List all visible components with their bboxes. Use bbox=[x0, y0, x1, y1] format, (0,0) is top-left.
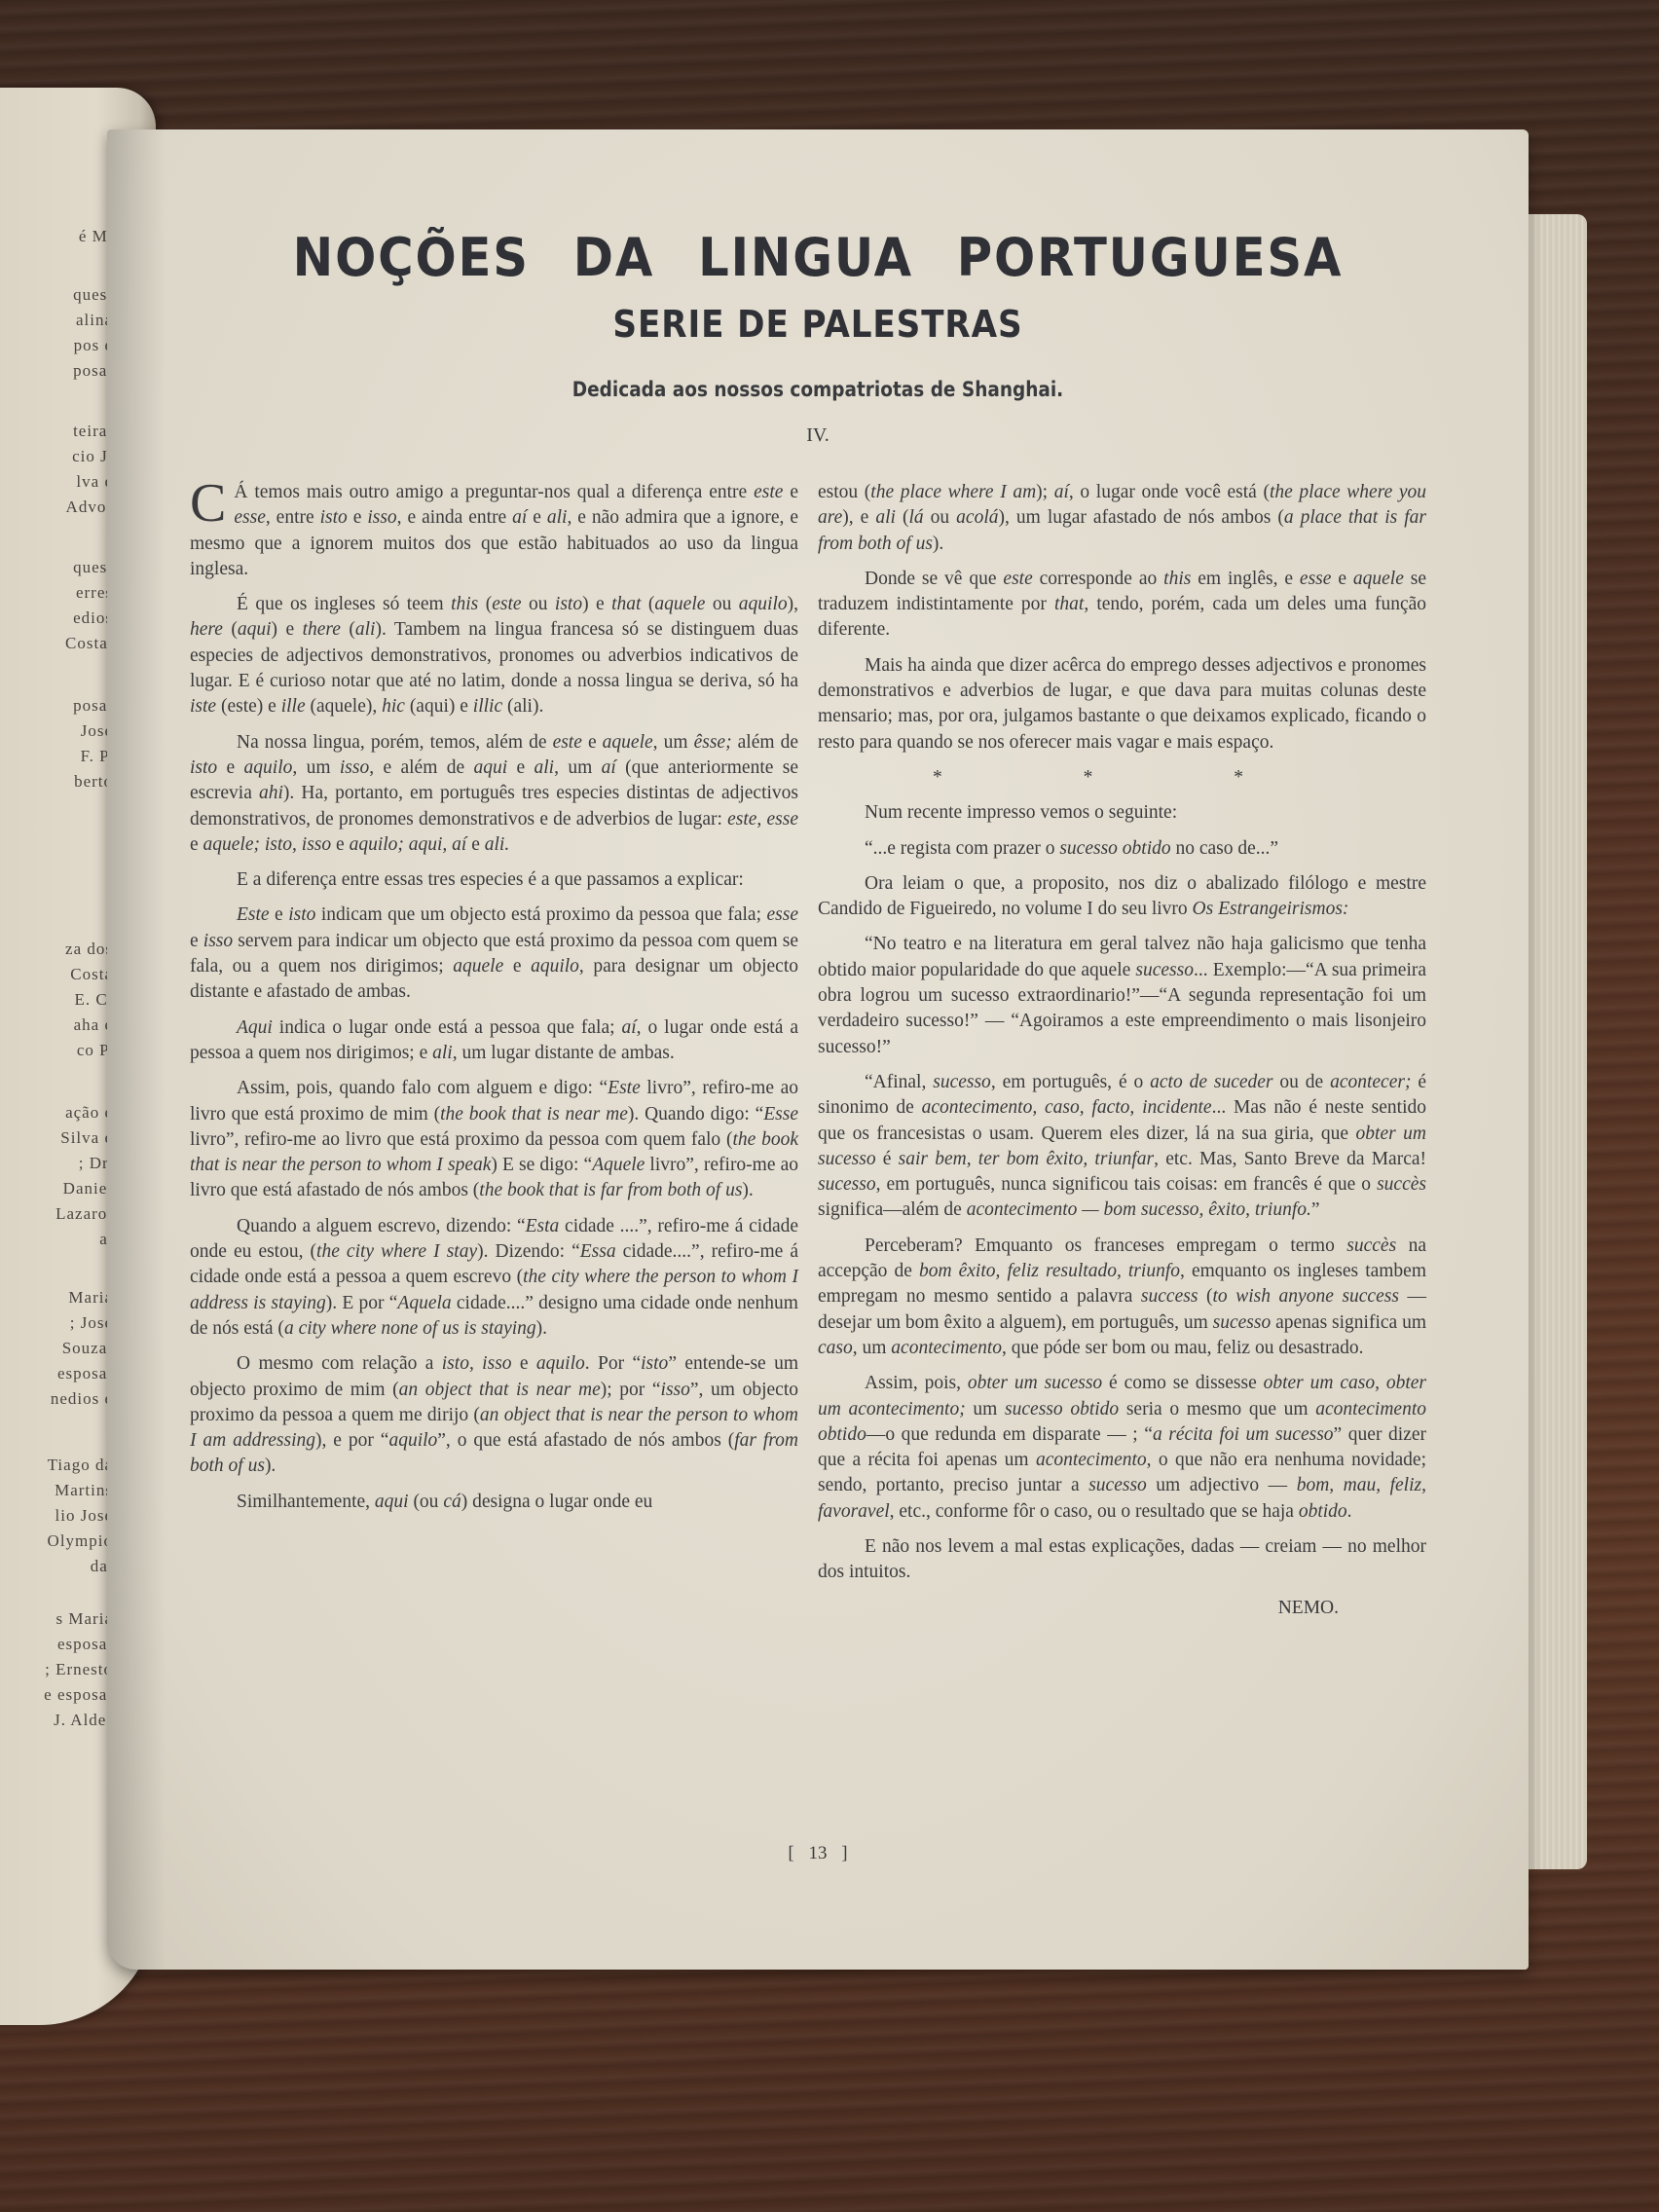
text-run: ( bbox=[223, 619, 238, 640]
paragraph: Num recente impresso vemos o seguinte: bbox=[818, 800, 1426, 826]
paragraph: Assim, pois, obter um sucesso é como se … bbox=[818, 1371, 1426, 1525]
text-run: ), um lugar afastado de nós ambos ( bbox=[999, 507, 1284, 528]
italic-term: aquilo bbox=[531, 956, 579, 977]
text-run: , em português, nunca significou tais co… bbox=[876, 1174, 1378, 1195]
italic-term: isto bbox=[190, 757, 217, 778]
italic-term: sair bem, ter bom êxito, triunfar bbox=[899, 1149, 1154, 1169]
italic-term: aí bbox=[621, 1017, 636, 1038]
left-page-text-fragment: Martins bbox=[0, 1478, 113, 1503]
italic-term: ali bbox=[355, 619, 376, 640]
paragraph: “Afinal, sucesso, em português, é o acto… bbox=[818, 1070, 1426, 1224]
paragraph: E não nos levem a mal estas explicações,… bbox=[818, 1534, 1426, 1586]
text-run: e bbox=[348, 507, 368, 528]
article-dedication: Dedicada aos nossos compatriotas de Shan… bbox=[193, 378, 1444, 401]
italic-term: Aquele bbox=[592, 1155, 645, 1175]
paragraph: Donde se vê que este corresponde ao this… bbox=[818, 567, 1426, 644]
italic-term: isto bbox=[555, 594, 582, 614]
left-page-text-fragment: a. bbox=[0, 1227, 113, 1252]
italic-term: sucesso bbox=[1088, 1475, 1147, 1495]
italic-term: sucesso bbox=[1135, 960, 1194, 980]
italic-term: an object that is near me bbox=[399, 1380, 601, 1400]
text-run: , um bbox=[292, 757, 340, 778]
text-run: ); por “ bbox=[601, 1380, 661, 1400]
italic-term: isto bbox=[641, 1353, 668, 1374]
italic-term: aquilo bbox=[739, 594, 788, 614]
article-subtitle: SERIE DE PALESTRAS bbox=[178, 303, 1457, 346]
italic-term: sucesso bbox=[933, 1072, 991, 1092]
text-run: Assim, pois, quando falo com alguem e di… bbox=[237, 1078, 608, 1098]
italic-term: Este bbox=[608, 1078, 641, 1098]
italic-term: aquele bbox=[453, 956, 503, 977]
left-page-text-fragment: berto bbox=[0, 769, 113, 794]
italic-term: aquele bbox=[654, 594, 705, 614]
left-page-text-fragment: ; Ernesto bbox=[0, 1657, 113, 1682]
paragraph: CÁ temos mais outro amigo a preguntar-no… bbox=[190, 480, 798, 582]
text-run: e bbox=[1331, 569, 1352, 589]
italic-term: ahi bbox=[259, 783, 283, 803]
left-page-text-fragment: Silva e bbox=[0, 1125, 113, 1151]
text-run: seria o mesmo que um bbox=[1119, 1399, 1315, 1419]
left-page-text-fragment: pos e bbox=[0, 333, 113, 358]
left-page-text-fragment: Lazaro; bbox=[0, 1201, 113, 1227]
italic-term: Esse bbox=[763, 1104, 798, 1124]
author-signature: NEMO. bbox=[818, 1596, 1426, 1621]
part-numeral: IV. bbox=[107, 424, 1529, 447]
left-page-text-fragment: s Maria bbox=[0, 1606, 113, 1632]
left-page-text-fragment: Olympio bbox=[0, 1529, 113, 1554]
paragraph: Similhantemente, aqui (ou cá) designa o … bbox=[190, 1490, 798, 1515]
italic-term: aí bbox=[602, 757, 616, 778]
text-run: e bbox=[331, 834, 349, 855]
italic-term: Este bbox=[237, 904, 270, 925]
italic-term: acontecimento, caso, facto, incidente bbox=[922, 1097, 1212, 1118]
italic-term: aquilo bbox=[388, 1430, 437, 1451]
right-text-column: estou (the place where I am); aí, o luga… bbox=[818, 480, 1426, 1631]
left-page-text-fragment: co P. bbox=[0, 1038, 113, 1063]
italic-term: illic bbox=[473, 696, 502, 717]
italic-term: aquilo bbox=[244, 757, 293, 778]
text-run: indicam que um objecto está proximo da p… bbox=[315, 904, 766, 925]
text-run: ” bbox=[1311, 1199, 1320, 1220]
italic-term: aquele bbox=[603, 732, 653, 753]
italic-term: aquele bbox=[1353, 569, 1404, 589]
paragraph: E a diferença entre essas tres especies … bbox=[190, 867, 798, 893]
italic-term: ali bbox=[432, 1043, 453, 1063]
italic-term: ali bbox=[875, 507, 896, 528]
paragraph: Quando a alguem escrevo, dizendo: “Esta … bbox=[190, 1214, 798, 1342]
italic-term: aí bbox=[1054, 482, 1069, 502]
text-run: e bbox=[503, 956, 531, 977]
left-page-text-fragment: F. P. bbox=[0, 744, 113, 769]
text-run: . bbox=[1347, 1501, 1352, 1522]
paragraph: Este e isto indicam que um objecto está … bbox=[190, 903, 798, 1005]
italic-term: isso bbox=[340, 757, 369, 778]
text-run: ). bbox=[265, 1456, 276, 1476]
italic-term: acto de suceder bbox=[1150, 1072, 1272, 1092]
italic-term: the city where I stay bbox=[316, 1241, 477, 1262]
left-page-text-fragment: J. Alde- bbox=[0, 1708, 113, 1733]
italic-term: sucesso obtido bbox=[1005, 1399, 1119, 1419]
text-run: , o lugar onde você está ( bbox=[1069, 482, 1270, 502]
text-run: (ou bbox=[409, 1492, 444, 1512]
paragraph: Assim, pois, quando falo com alguem e di… bbox=[190, 1076, 798, 1203]
text-run: um bbox=[966, 1399, 1005, 1419]
italic-term: aquilo bbox=[536, 1353, 585, 1374]
italic-term: acontecimento — bom sucesso, êxito, triu… bbox=[967, 1199, 1311, 1220]
text-run: ou bbox=[924, 507, 957, 528]
italic-term: Esta bbox=[526, 1216, 560, 1236]
italic-term: isso bbox=[203, 931, 233, 951]
italic-term: this bbox=[1163, 569, 1191, 589]
text-run: em inglês, e bbox=[1191, 569, 1300, 589]
left-page-text-fragment: Advo- bbox=[0, 495, 113, 520]
text-run: ( bbox=[341, 619, 355, 640]
italic-term: Aquela bbox=[397, 1293, 451, 1313]
italic-term: isto bbox=[320, 507, 348, 528]
left-page-text-fragment: e esposa; bbox=[0, 1682, 113, 1708]
left-text-column: CÁ temos mais outro amigo a preguntar-no… bbox=[190, 480, 798, 1525]
text-run: ) E se digo: “ bbox=[491, 1155, 592, 1175]
text-run: e bbox=[466, 834, 484, 855]
text-run: e bbox=[512, 1353, 536, 1374]
text-run: ); bbox=[1036, 482, 1054, 502]
left-page-text-fragment: ; José bbox=[0, 1310, 113, 1336]
text-run: (ali). bbox=[502, 696, 543, 717]
italic-term: that bbox=[611, 594, 641, 614]
italic-term: este bbox=[492, 594, 521, 614]
text-run: , um lugar distante de ambas. bbox=[453, 1043, 675, 1063]
gutter-shadow bbox=[107, 129, 166, 1970]
left-page-text-fragment: Costa. bbox=[0, 631, 113, 656]
italic-term: este bbox=[553, 732, 582, 753]
italic-term: ali bbox=[547, 507, 568, 528]
text-run: —o que redunda em disparate — ; “ bbox=[866, 1424, 1153, 1445]
italic-term: ali bbox=[535, 757, 555, 778]
left-page-text-fragment: esposa; bbox=[0, 1632, 113, 1657]
italic-term: a récita foi um sucesso bbox=[1153, 1424, 1334, 1445]
italic-term: there bbox=[303, 619, 341, 640]
left-page-text-fragment: posa; bbox=[0, 358, 113, 384]
left-page-text-fragment: ; Dr. bbox=[0, 1151, 113, 1176]
italic-term: este bbox=[1003, 569, 1032, 589]
text-run: e bbox=[270, 904, 289, 925]
text-run: e bbox=[190, 931, 203, 951]
text-run: ( bbox=[896, 507, 909, 528]
text-run: é bbox=[876, 1149, 899, 1169]
text-run: “...e regista com prazer o bbox=[865, 838, 1059, 859]
text-run: Num recente impresso vemos o seguinte: bbox=[865, 802, 1177, 823]
text-run: ou bbox=[522, 594, 555, 614]
paragraph: Ora leiam o que, a proposito, nos diz o … bbox=[818, 871, 1426, 923]
text-run: , um bbox=[853, 1338, 892, 1358]
paragraph: “...e regista com prazer o sucesso obtid… bbox=[818, 836, 1426, 862]
italic-term: hic bbox=[382, 696, 405, 717]
text-run: ( bbox=[1198, 1286, 1212, 1307]
paragraph: O mesmo com relação a isto, isso e aquil… bbox=[190, 1351, 798, 1479]
italic-term: succès bbox=[1346, 1235, 1396, 1256]
text-run: , e ainda entre bbox=[397, 507, 512, 528]
text-run: * * * bbox=[933, 767, 1311, 788]
text-run: além de bbox=[732, 732, 798, 753]
italic-term: este, esse bbox=[727, 809, 798, 829]
left-page-text-fragment: da. bbox=[0, 1554, 113, 1579]
text-run: Similhantemente, bbox=[237, 1492, 375, 1512]
italic-term: isso bbox=[661, 1380, 690, 1400]
text-run: significa—além de bbox=[818, 1199, 967, 1220]
left-page-text-fragment: erres bbox=[0, 580, 113, 606]
left-page-text-fragment: za dos bbox=[0, 937, 113, 962]
text-run: . Por “ bbox=[585, 1353, 641, 1374]
paragraph: Aqui indica o lugar onde está a pessoa q… bbox=[190, 1015, 798, 1067]
italic-term: isto bbox=[288, 904, 315, 925]
text-run: Donde se vê que bbox=[865, 569, 1003, 589]
italic-term: Aqui bbox=[237, 1017, 273, 1038]
italic-term: the book that is near me bbox=[440, 1104, 628, 1124]
italic-term: ali. bbox=[485, 834, 509, 855]
left-page-text-fragment: lva e bbox=[0, 469, 113, 495]
text-run: ) e bbox=[272, 619, 303, 640]
italic-term: bom êxito, feliz resultado, triunfo bbox=[919, 1261, 1180, 1281]
italic-term: caso bbox=[818, 1338, 853, 1358]
text-run: ) e bbox=[582, 594, 611, 614]
text-run: , etc., conforme fôr o caso, ou o result… bbox=[890, 1501, 1299, 1522]
left-page-text-fragment: José bbox=[0, 719, 113, 744]
italic-term: a city where none of us is staying bbox=[284, 1318, 536, 1339]
italic-term: to wish anyone success bbox=[1212, 1286, 1398, 1307]
italic-term: iste bbox=[190, 696, 216, 717]
text-run: , que póde ser bom ou mau, feliz ou desa… bbox=[1002, 1338, 1363, 1358]
italic-term: lá bbox=[908, 507, 923, 528]
left-page-text-fragment: Souza; bbox=[0, 1336, 113, 1361]
text-run: Á temos mais outro amigo a preguntar-nos… bbox=[234, 482, 754, 502]
text-run: Mais ha ainda que dizer acêrca do empreg… bbox=[818, 655, 1426, 753]
text-run: ( bbox=[478, 594, 492, 614]
text-run: , em português, é o bbox=[991, 1072, 1150, 1092]
italic-term: acontecer; bbox=[1330, 1072, 1411, 1092]
text-run: e bbox=[783, 482, 798, 502]
italic-term: ille bbox=[281, 696, 306, 717]
italic-term: Os Estrangeirismos: bbox=[1193, 899, 1349, 919]
text-run: e bbox=[507, 757, 534, 778]
left-page-text-fragment: nedios e bbox=[0, 1386, 113, 1412]
text-run: livro”, refiro-me ao livro que está prox… bbox=[190, 1129, 732, 1150]
italic-term: acontecimento bbox=[1036, 1450, 1147, 1470]
italic-term: that bbox=[1054, 594, 1084, 614]
text-run: Assim, pois, bbox=[865, 1373, 968, 1393]
left-page-text-fragment: Maria bbox=[0, 1285, 113, 1310]
text-run: ( bbox=[641, 594, 654, 614]
italic-term: êsse; bbox=[694, 732, 732, 753]
italic-term: sucesso bbox=[818, 1174, 876, 1195]
italic-term: aí bbox=[512, 507, 527, 528]
magazine-page: NOÇÕES DA LINGUA PORTUGUESA SERIE DE PAL… bbox=[107, 129, 1529, 1970]
text-run: (aqui) e bbox=[405, 696, 473, 717]
text-run: no caso de...” bbox=[1171, 838, 1278, 859]
section-separator: * * * bbox=[818, 765, 1426, 791]
text-run: ). Dizendo: “ bbox=[477, 1241, 580, 1262]
text-run: ). bbox=[933, 534, 943, 554]
text-run: ), bbox=[788, 594, 798, 614]
left-page-text-fragment: posa; bbox=[0, 693, 113, 719]
page-edges-stack bbox=[1519, 214, 1587, 1869]
left-page-text-fragment: lio José bbox=[0, 1503, 113, 1529]
text-run: e bbox=[190, 834, 203, 855]
left-page-text-fragment: aha e bbox=[0, 1013, 113, 1038]
text-run: corresponde ao bbox=[1033, 569, 1163, 589]
left-page-text-fragment: E. C. bbox=[0, 987, 113, 1013]
left-page-text-fragment: teira; bbox=[0, 419, 113, 444]
italic-term: aqui bbox=[238, 619, 272, 640]
article-title: NOÇÕES DA LINGUA PORTUGUESA bbox=[164, 227, 1471, 288]
italic-term: obtido bbox=[1299, 1501, 1347, 1522]
italic-term: acolá bbox=[956, 507, 998, 528]
paragraph: Perceberam? Emquanto os franceses empreg… bbox=[818, 1234, 1426, 1361]
left-page-text-fragment: ques; bbox=[0, 282, 113, 308]
italic-term: success bbox=[1141, 1286, 1198, 1307]
paragraph: estou (the place where I am); aí, o luga… bbox=[818, 480, 1426, 557]
text-run: e bbox=[217, 757, 243, 778]
paragraph: É que os ingleses só teem this (este ou … bbox=[190, 592, 798, 719]
page-number: [ 13 ] bbox=[107, 1843, 1529, 1864]
text-run: O mesmo com relação a bbox=[237, 1353, 442, 1374]
italic-term: aquilo; aqui, aí bbox=[350, 834, 467, 855]
italic-term: here bbox=[190, 619, 223, 640]
italic-term: esse bbox=[234, 507, 266, 528]
italic-term: the place where I am bbox=[870, 482, 1036, 502]
italic-term: the book that is far from both of us bbox=[479, 1180, 742, 1200]
text-run: apenas significa um bbox=[1271, 1312, 1426, 1333]
text-run: estou ( bbox=[818, 482, 870, 502]
text-run: E não nos levem a mal estas explicações,… bbox=[818, 1536, 1426, 1582]
text-run: É que os ingleses só teem bbox=[237, 594, 451, 614]
left-page-text-fragment: Costa bbox=[0, 962, 113, 987]
paragraph: Na nossa lingua, porém, temos, além de e… bbox=[190, 730, 798, 858]
text-run: ). Quando digo: “ bbox=[628, 1104, 763, 1124]
text-run: (aquele), bbox=[306, 696, 383, 717]
italic-term: este bbox=[754, 482, 783, 502]
paragraph: “No teatro e na literatura em geral talv… bbox=[818, 932, 1426, 1059]
italic-term: acontecimento bbox=[891, 1338, 1002, 1358]
italic-term: sucesso bbox=[1213, 1312, 1272, 1333]
italic-term: Essa bbox=[580, 1241, 616, 1262]
text-run: “Afinal, bbox=[865, 1072, 933, 1092]
italic-term: obter um sucesso bbox=[968, 1373, 1102, 1393]
text-run: um adjectivo — bbox=[1147, 1475, 1297, 1495]
text-run: ”, o que está afastado de nós ambos ( bbox=[437, 1430, 734, 1451]
text-run: ). bbox=[742, 1180, 753, 1200]
text-run: ). E por “ bbox=[326, 1293, 398, 1313]
text-run: indica o lugar onde está a pessoa que fa… bbox=[273, 1017, 622, 1038]
text-run: ). bbox=[536, 1318, 547, 1339]
drop-cap: C bbox=[190, 482, 226, 525]
left-page-text-fragment: Tiago da bbox=[0, 1453, 113, 1478]
text-run: é como se dissesse bbox=[1102, 1373, 1263, 1393]
text-run: Quando a alguem escrevo, dizendo: “ bbox=[237, 1216, 526, 1236]
text-run: Perceberam? Emquanto os franceses empreg… bbox=[865, 1235, 1346, 1256]
text-run: ), e bbox=[842, 507, 875, 528]
left-page-text-fragment: ques; bbox=[0, 555, 113, 580]
text-run: e bbox=[582, 732, 603, 753]
text-run: , um bbox=[554, 757, 602, 778]
italic-term: cá bbox=[443, 1492, 461, 1512]
text-run: , etc. Mas, Santo Breve da Marca! bbox=[1154, 1149, 1426, 1169]
italic-term: isso bbox=[367, 507, 396, 528]
italic-term: sucesso obtido bbox=[1059, 838, 1170, 859]
italic-term: this bbox=[451, 594, 478, 614]
text-run: ) designa o lugar onde eu bbox=[461, 1492, 653, 1512]
italic-term: succès bbox=[1377, 1174, 1426, 1195]
text-run: Na nossa lingua, porém, temos, além de bbox=[237, 732, 553, 753]
left-page-text-fragment: cio J. bbox=[0, 444, 113, 469]
text-run: , e além de bbox=[369, 757, 473, 778]
text-run: NEMO. bbox=[1278, 1598, 1339, 1618]
italic-term: esse bbox=[1300, 569, 1332, 589]
left-page-text-fragment: esposa; bbox=[0, 1361, 113, 1386]
left-page-text-fragment: Daniel bbox=[0, 1176, 113, 1201]
text-run: e bbox=[527, 507, 547, 528]
left-page-text-fragment: edios bbox=[0, 606, 113, 631]
italic-term: aqui bbox=[375, 1492, 409, 1512]
text-run: , um bbox=[653, 732, 694, 753]
text-run: (este) e bbox=[216, 696, 281, 717]
text-run: ou de bbox=[1273, 1072, 1331, 1092]
text-run: ou bbox=[705, 594, 738, 614]
paragraph: Mais ha ainda que dizer acêrca do empreg… bbox=[818, 653, 1426, 756]
left-page-text-fragment: alina bbox=[0, 308, 113, 333]
left-page-text-fragment: ação e bbox=[0, 1100, 113, 1125]
text-run: ), e por “ bbox=[315, 1430, 388, 1451]
left-page-text-fragment: é M. bbox=[0, 224, 113, 249]
italic-term: esse bbox=[767, 904, 799, 925]
text-run: E a diferença entre essas tres especies … bbox=[237, 869, 744, 890]
italic-term: isto, isso bbox=[442, 1353, 512, 1374]
text-run: , entre bbox=[266, 507, 320, 528]
italic-term: aquele; isto, isso bbox=[203, 834, 332, 855]
italic-term: aqui bbox=[473, 757, 507, 778]
